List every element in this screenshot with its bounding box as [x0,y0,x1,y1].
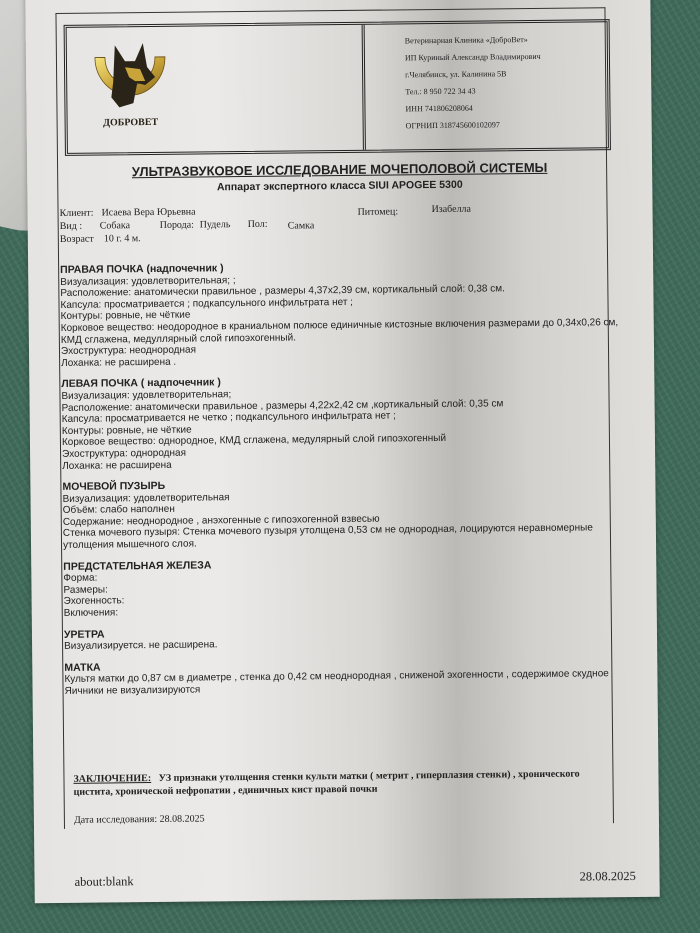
species-label: Вид : [60,221,83,232]
conclusion-label: ЗАКЛЮЧЕНИЕ: [73,773,151,785]
breed-label: Порода: [160,220,194,231]
breed-value: Пудель [200,219,231,230]
logo-cell: ДОБРОВЕТ [67,25,366,153]
clinic-inn: ИНН 741806208064 [405,98,607,117]
sex-label: Пол: [248,219,268,230]
section-bladder: МОЧЕВОЙ ПУЗЫРЬ Визуализация: удовлетвори… [62,476,623,551]
pet-value: Изабелла [431,204,471,215]
conclusion: ЗАКЛЮЧЕНИЕ: УЗ признаки утолщения стенки… [73,767,603,799]
clinic-owner: ИП Куриный Александр Владимирович [405,47,607,66]
sex-value: Самка [288,220,315,231]
clinic-address: г.Челябинск, ул. Калинина 5В [405,64,607,83]
section-prostate: ПРЕДСТАТЕЛЬНАЯ ЖЕЛЕЗА Форма: Размеры: Эх… [63,556,624,620]
section-left-kidney: ЛЕВАЯ ПОЧКА ( надпочечник ) Визуализация… [61,373,622,472]
pet-label: Питомец: [358,206,399,217]
dog-horseshoe-logo-icon: ДОБРОВЕТ [85,37,176,133]
section-urethra: УРЕТРА Визуализируется. не расширена. [64,624,624,653]
exam-date: Дата исследования: 28.08.2025 [74,813,205,825]
clinic-ogrnip: ОГРНИП 318745600102097 [406,115,608,134]
patient-info: Клиент: Исаева Вера Юрьевна Питомец: Иза… [60,203,580,247]
clinic-info: Ветеринарная Клиника «ДоброВет» ИП Курин… [365,22,608,150]
client-value: Исаева Вера Юрьевна [101,207,195,219]
document-page: ДОБРОВЕТ Ветеринарная Клиника «ДоброВет»… [25,0,659,903]
print-footer-url: about:blank [74,874,133,890]
client-label: Клиент: [60,208,94,219]
species-value: Собака [100,220,130,231]
clinic-phone: Тел.: 8 950 722 34 43 [405,81,607,100]
svg-text:ДОБРОВЕТ: ДОБРОВЕТ [103,117,159,129]
age-label: Возраст [60,234,94,245]
letterhead: ДОБРОВЕТ Ветеринарная Клиника «ДоброВет»… [64,19,611,156]
clinic-name: Ветеринарная Клиника «ДоброВет» [405,30,607,49]
finding-line: Стенка мочевого пузыря: Стенка мочевого … [63,523,623,552]
findings: ПРАВАЯ ПОЧКА (надпочечник ) Визуализация… [60,259,625,707]
age-value: 10 г. 4 м. [104,233,141,244]
section-uterus: МАТКА Культя матки до 0,87 см в диаметре… [64,657,624,698]
section-right-kidney: ПРАВАЯ ПОЧКА (надпочечник ) Визуализация… [60,259,621,369]
print-footer-date: 28.08.2025 [579,869,635,885]
